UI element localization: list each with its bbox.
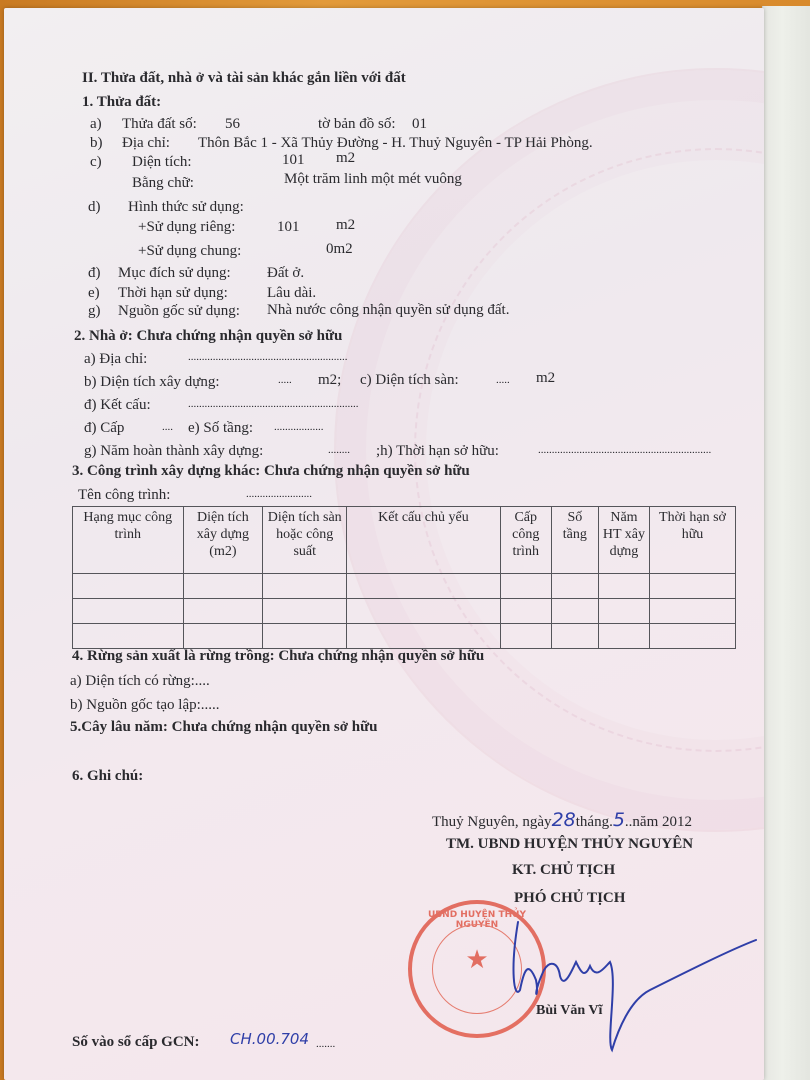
table-cell (263, 599, 347, 624)
land-heading: 1. Thửa đất: (82, 94, 161, 111)
table-cell (500, 599, 551, 624)
table-cell (73, 624, 184, 649)
house-structure-blank: ........................................… (188, 396, 359, 413)
table-cell (183, 574, 263, 599)
table-row (73, 574, 736, 599)
table-cell (598, 624, 649, 649)
item-c-label: c) (90, 154, 102, 171)
role-line-2: PHÓ CHỦ TỊCH (514, 890, 625, 907)
table-cell (598, 574, 649, 599)
in-words-label: Bằng chữ: (132, 175, 194, 192)
item-e-label: e) (88, 285, 100, 302)
table-cell (183, 624, 263, 649)
origin-label: Nguồn gốc sử dụng: (118, 303, 240, 320)
work-name-blank: ........................ (246, 486, 312, 503)
house-structure-label: đ) Kết cấu: (84, 397, 151, 414)
col-header: Diện tích xây dựng (m2) (183, 507, 263, 574)
item-g-label: g) (88, 303, 101, 320)
house-grade-label: đ) Cấp (84, 420, 124, 437)
year-label: ..năm 2012 (625, 814, 692, 830)
other-works-table: Hạng mục công trình Diện tích xây dựng (… (72, 506, 736, 649)
private-use-unit: m2 (336, 217, 355, 234)
item-b-label: b) (90, 135, 103, 152)
col-header: Diện tích sàn hoặc công suất (263, 507, 347, 574)
col-header: Số tầng (551, 507, 598, 574)
private-use-label: +Sử dụng riêng: (138, 219, 235, 236)
address-label: Địa chỉ: (122, 135, 170, 152)
other-works-heading: 3. Công trình xây dựng khác: Chưa chứng … (72, 463, 470, 480)
address-value: Thôn Bắc 1 - Xã Thủy Đường - H. Thuỷ Ngu… (198, 135, 593, 152)
table-row (73, 599, 736, 624)
registry-label: Số vào sổ cấp GCN: (72, 1034, 200, 1051)
item-a-label: a) (90, 116, 102, 133)
map-sheet-label: tờ bản đồ số: (318, 116, 396, 133)
private-use-value: 101 (277, 219, 300, 236)
table-cell (263, 574, 347, 599)
table-cell (650, 624, 736, 649)
table-cell (650, 599, 736, 624)
handwritten-month: 5 (613, 809, 625, 831)
in-words-value: Một trăm linh một mét vuông (284, 171, 462, 188)
area-unit: m2 (336, 150, 355, 167)
house-address-blank: ........................................… (188, 349, 348, 366)
forest-origin: b) Nguồn gốc tạo lập:..... (70, 697, 220, 714)
month-label: tháng (576, 814, 609, 830)
house-floors-label: e) Số tầng: (188, 420, 253, 437)
term-value: Lâu dài. (267, 285, 316, 302)
signer-name: Bùi Văn Vĩ (536, 1002, 602, 1019)
house-floor-area-unit: m2 (536, 370, 555, 387)
table-cell (347, 574, 500, 599)
handwritten-day: 28 (552, 809, 576, 831)
col-header: Kết cấu chủ yếu (347, 507, 500, 574)
house-floor-area-label: c) Diện tích sàn: (360, 372, 459, 389)
house-grade-blank: .... (162, 419, 173, 436)
forest-heading: 4. Rừng sản xuất là rừng trồng: Chưa chứ… (72, 648, 484, 665)
adjacent-page (762, 6, 810, 1080)
table-cell (500, 624, 551, 649)
house-build-area-blank: ..... (278, 372, 292, 389)
table-cell (263, 624, 347, 649)
table-cell (73, 599, 184, 624)
place-date-prefix: Thuỷ Nguyên, ngày (432, 814, 552, 830)
purpose-label: Mục đích sử dụng: (118, 265, 231, 282)
table-header-row: Hạng mục công trình Diện tích xây dựng (… (73, 507, 736, 574)
house-build-area-unit: m2; (318, 372, 341, 389)
table-cell (650, 574, 736, 599)
origin-value: Nhà nước công nhận quyền sử dụng đất. (267, 302, 509, 319)
area-value: 101 (282, 152, 305, 169)
col-header: Cấp công trình (500, 507, 551, 574)
table-cell (183, 599, 263, 624)
table-cell (347, 599, 500, 624)
registry-value: CH.00.704 (230, 1030, 309, 1048)
house-floors-blank: .................. (274, 419, 324, 436)
table-cell (551, 574, 598, 599)
table-cell (500, 574, 551, 599)
role-line-1: KT. CHỦ TỊCH (512, 862, 615, 879)
col-header: Thời hạn sở hữu (650, 507, 736, 574)
table-cell (551, 624, 598, 649)
house-ownership-term-blank: ........................................… (538, 442, 711, 459)
term-label: Thời hạn sử dụng: (118, 285, 228, 302)
org-line: TM. UBND HUYỆN THỦY NGUYÊN (446, 836, 693, 853)
common-use-label: +Sử dụng chung: (138, 243, 241, 260)
table-cell (73, 574, 184, 599)
house-year-blank: ........ (328, 442, 350, 459)
section-title: II. Thửa đất, nhà ở và tài sản khác gắn … (82, 70, 406, 87)
table-cell (551, 599, 598, 624)
table-cell (598, 599, 649, 624)
registry-dots: ....... (316, 1036, 335, 1053)
area-label: Diện tích: (132, 154, 192, 171)
item-dd-label: đ) (88, 265, 101, 282)
forest-area: a) Diện tích có rừng:.... (70, 673, 210, 690)
col-header: Năm HT xây dựng (598, 507, 649, 574)
map-sheet-value: 01 (412, 116, 427, 133)
house-build-area-label: b) Diện tích xây dựng: (84, 374, 220, 391)
common-use-value: 0m2 (326, 241, 353, 258)
table-cell (347, 624, 500, 649)
usage-form-label: Hình thức sử dụng: (128, 199, 244, 216)
house-ownership-term-label: ;h) Thời hạn sở hữu: (376, 443, 499, 460)
plot-no-value: 56 (225, 116, 240, 133)
purpose-value: Đất ở. (267, 265, 304, 282)
signature-scribble (500, 910, 760, 1060)
table-row (73, 624, 736, 649)
plot-no-label: Thửa đất số: (122, 116, 197, 133)
house-year-label: g) Năm hoàn thành xây dựng: (84, 443, 263, 460)
house-heading: 2. Nhà ở: Chưa chứng nhận quyền sở hữu (74, 328, 342, 345)
col-header: Hạng mục công trình (73, 507, 184, 574)
perennial-heading: 5.Cây lâu năm: Chưa chứng nhận quyền sở … (70, 719, 378, 736)
house-address-label: a) Địa chỉ: (84, 351, 147, 368)
item-d-label: d) (88, 199, 101, 216)
work-name-label: Tên công trình: (78, 487, 170, 504)
place-date: Thuỷ Nguyên, ngày28tháng.5..năm 2012 (432, 812, 692, 831)
notes-heading: 6. Ghi chú: (72, 768, 143, 785)
house-floor-area-blank: ..... (496, 372, 510, 389)
